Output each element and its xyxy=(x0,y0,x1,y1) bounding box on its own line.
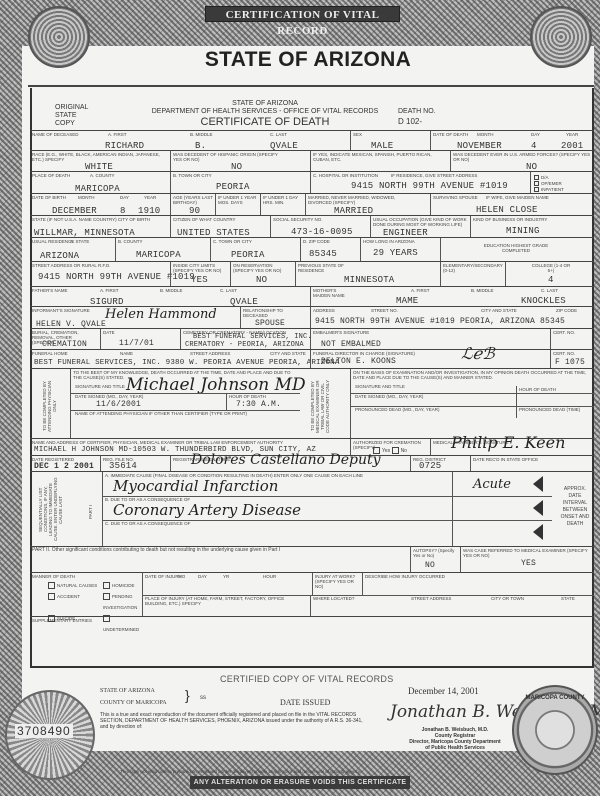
checkbox-no[interactable] xyxy=(392,447,399,454)
mother-first: MAME xyxy=(396,296,418,306)
hour-of-death: 7:30 A.M. xyxy=(236,400,281,409)
funeral-director: DELTON E. KOONS xyxy=(321,357,396,366)
disposition-date: 11/7/01 xyxy=(119,339,154,348)
row-residence: USUAL RESIDENCE A. STATE ARIZONA B. COUN… xyxy=(30,237,594,261)
reg-district: 0725 xyxy=(419,461,441,471)
row-race: RACE (e.g., white, black, American India… xyxy=(30,150,594,171)
spouse-name: HELEN CLOSE xyxy=(476,205,538,215)
state-title: STATE OF ARIZONA xyxy=(22,48,594,72)
serial-number: 3708490 xyxy=(15,724,73,738)
mother-last: KNOCKLES xyxy=(521,296,566,306)
title-divider xyxy=(28,85,594,87)
physician-date-signed: 11/6/2001 xyxy=(96,400,141,409)
maricopa-county-seal: MARICOPA COUNTY xyxy=(512,685,598,775)
informant-address: 9415 NORTH 99TH AVENUE #1019 PEORIA, ARI… xyxy=(315,317,565,326)
row-cause-of-death: SEQUENTIALLY LIST CONDITIONS, IF ANY, LE… xyxy=(30,471,594,546)
crematory-line2: CREMATORY - PEORIA, ARIZONA xyxy=(185,341,304,349)
residence-zip: 85345 xyxy=(309,249,337,259)
date-registered: DEC 1 2 2001 xyxy=(34,462,94,471)
checkbox-inpatient[interactable] xyxy=(534,187,539,192)
cause-b: Coronary Artery Disease xyxy=(113,501,301,519)
official-block: Jonathan B. Weisbuch, M.D. County Regist… xyxy=(375,727,535,751)
row-registration: DATE REGISTERED DEC 1 2 2001 REG. FILE N… xyxy=(30,455,594,471)
date-issued-label: DATE ISSUED xyxy=(280,698,330,707)
residence-city: PEORIA xyxy=(231,250,265,260)
previous-state: MINNESOTA xyxy=(344,275,394,285)
row-part2: PART II. Other significant conditions co… xyxy=(30,546,594,572)
cert-state: STATE OF ARIZONA xyxy=(100,688,155,694)
checkbox-da[interactable] xyxy=(534,175,539,180)
date-issued: December 14, 2001 xyxy=(408,686,479,696)
physician-signature: Michael Johnson MD xyxy=(126,375,306,395)
agency-block: STATE OF ARIZONA DEPARTMENT OF HEALTH SE… xyxy=(130,100,400,129)
certificate-title: CERTIFICATE OF DEATH xyxy=(130,116,400,129)
referred-to-me: YES xyxy=(521,559,536,568)
cause-a-interval: Acute xyxy=(473,477,511,492)
autopsy: NO xyxy=(425,561,435,570)
row-name: NAME OF DECEASED A. FIRST RICHARD B. MID… xyxy=(30,130,594,150)
row-physician-certification: TO BE COMPLETED BY ATTENDING PHYSICIAN O… xyxy=(30,368,594,438)
cause-a: Myocardial Infarction xyxy=(113,477,278,495)
death-town: PEORIA xyxy=(216,182,250,192)
checkbox-accident[interactable] xyxy=(48,593,55,600)
ss-label: ss xyxy=(200,695,206,701)
funeral-home: BEST FUNERAL SERVICES, INC. 9380 W. PEOR… xyxy=(34,359,340,367)
copy-label: ORIGINALSTATECOPY xyxy=(55,104,88,128)
row-funeral-home: FUNERAL HOME NAME STREET ADDRESS CITY AN… xyxy=(30,349,594,368)
informant-signature: Helen Hammond xyxy=(105,307,217,322)
death-no: D 102- xyxy=(398,118,422,126)
medical-examiner-signature: Philip E. Keen xyxy=(451,433,565,452)
row-residence-street: STREET ADDRESS OR RURAL R.F.D. 9415 NORT… xyxy=(30,261,594,286)
director-signature: ℒℯℬ xyxy=(461,344,495,363)
college-years: 4 xyxy=(548,275,554,285)
director-cert-no: F 1075 xyxy=(555,358,585,367)
bracket: } xyxy=(185,688,190,702)
row-manner: MANNER OF DEATH NATURAL CAUSESHOMICIDE A… xyxy=(30,572,594,616)
interval-label: APPROX. DATE INTERVAL BETWEEN ONSET AND … xyxy=(557,486,593,528)
ssn: 473-16-0095 xyxy=(291,227,353,237)
reg-file-no: 35614 xyxy=(109,461,137,471)
certification-text: This is a true and exact reproduction of… xyxy=(100,712,370,730)
arrow-marker xyxy=(533,524,543,540)
arrow-marker xyxy=(533,500,543,516)
disposition-method: CREMATION xyxy=(42,340,87,349)
residence-state: ARIZONA xyxy=(40,251,79,261)
row-informant: INFORMANT'S SIGNATURE Helen Hammond HELE… xyxy=(30,306,594,328)
death-no-label: DEATH NO. xyxy=(398,108,436,116)
row-place-of-death: PLACE OF DEATH A. COUNTY MARICOPA B. TOW… xyxy=(30,171,594,193)
alteration-warning: ANY ALTERATION OR ERASURE VOIDS THIS CER… xyxy=(190,776,410,789)
row-parents: FATHER'S NAME A. FIRST B. MIDDLE C. LAST… xyxy=(30,286,594,306)
row-birthplace: STATE (IF NOT U.S.A. NAME COUNTRY) CITY … xyxy=(30,215,594,237)
registrar-signature: Dolores Castellano Deputy xyxy=(191,452,381,468)
death-place-address: 9415 NORTH 99TH AVENUE #1019 xyxy=(351,181,508,191)
crematory-line1: BEST FUNERAL SERVICES, INC. xyxy=(193,333,312,341)
row-supplementary: SUPPLEMENTARY ENTRIES xyxy=(30,616,594,668)
validity-notice: This copy not valid unless prepared on e… xyxy=(120,769,361,774)
embalmer: NOT EMBALMED xyxy=(321,340,381,349)
relationship: SPOUSE xyxy=(255,319,285,328)
arrow-marker xyxy=(533,476,543,492)
checkbox-pending[interactable] xyxy=(103,593,110,600)
cert-county: COUNTY OF MARICOPA xyxy=(100,700,167,706)
on-reservation: NO xyxy=(256,275,267,285)
certified-copy-title: CERTIFIED COPY OF VITAL RECORDS xyxy=(220,674,394,684)
years-in-arizona: 29 YEARS xyxy=(373,248,418,258)
certification-banner: CERTIFICATION OF VITAL RECORD xyxy=(205,6,400,22)
row-disposition: BURIAL, CREMATION, REMOVAL, OTHER (SPECI… xyxy=(30,328,594,349)
checkbox-homicide[interactable] xyxy=(103,582,110,589)
row-birth: DATE OF BIRTH MONTH DAY YEAR DECEMBER 8 … xyxy=(30,193,594,215)
checkbox-op-emer[interactable] xyxy=(534,181,539,186)
residence-county: MARICOPA xyxy=(136,250,181,260)
inside-city-limits: YES xyxy=(191,275,208,285)
industry: MINING xyxy=(506,226,540,236)
checkbox-natural[interactable] xyxy=(48,582,55,589)
